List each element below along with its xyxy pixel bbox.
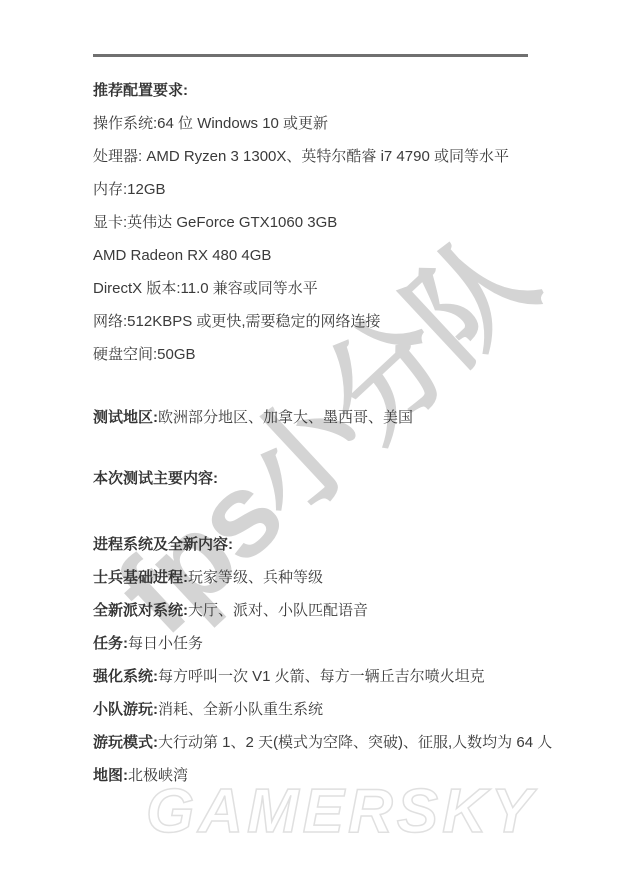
recommended-config-heading-label: 推荐配置要求:	[93, 82, 188, 99]
document-page: fps小分队 GAMERSKY 推荐配置要求:操作系统:64 位 Windows…	[0, 0, 620, 876]
ram-line: 内存:12GB	[93, 173, 543, 206]
game-modes-line: 游玩模式:大行动第 1、2 天(模式为空降、突破)、征服,人数均为 64 人	[93, 726, 543, 759]
party-system-line-label: 全新派对系统:	[93, 602, 188, 619]
recommended-config-heading: 推荐配置要求:	[93, 74, 543, 107]
squad-play-line-label: 小队游玩:	[93, 701, 158, 718]
test-content-heading: 本次测试主要内容:	[93, 462, 543, 495]
test-region-line: 测试地区:欧洲部分地区、加拿大、墨西哥、美国	[93, 401, 543, 434]
content-column: 推荐配置要求:操作系统:64 位 Windows 10 或更新处理器: AMD …	[93, 74, 543, 792]
squad-play-line: 小队游玩:消耗、全新小队重生系统	[93, 693, 543, 726]
soldier-progression-line: 士兵基础进程:玩家等级、兵种等级	[93, 561, 543, 594]
reinforcement-line: 强化系统:每方呼叫一次 V1 火箭、每方一辆丘吉尔喷火坦克	[93, 660, 543, 693]
progression-heading-label: 进程系统及全新内容:	[93, 536, 233, 553]
directx-line: DirectX 版本:11.0 兼容或同等水平	[93, 272, 543, 305]
network-line: 网络:512KBPS 或更快,需要稳定的网络连接	[93, 305, 543, 338]
test-region-line-label: 测试地区:	[93, 409, 158, 426]
map-line-label: 地图:	[93, 767, 128, 784]
cpu-line: 处理器: AMD Ryzen 3 1300X、英特尔酷睿 i7 4790 或同等…	[93, 140, 543, 173]
test-content-heading-label: 本次测试主要内容:	[93, 470, 218, 487]
reinforcement-line-label: 强化系统:	[93, 668, 158, 685]
os-line: 操作系统:64 位 Windows 10 或更新	[93, 107, 543, 140]
horizontal-divider	[93, 54, 528, 57]
disk-line: 硬盘空间:50GB	[93, 338, 543, 371]
progression-heading: 进程系统及全新内容:	[93, 528, 543, 561]
soldier-progression-line-label: 士兵基础进程:	[93, 569, 188, 586]
missions-line-label: 任务:	[93, 635, 128, 652]
game-modes-line-label: 游玩模式:	[93, 734, 158, 751]
map-line: 地图:北极峡湾	[93, 759, 543, 792]
party-system-line: 全新派对系统:大厅、派对、小队匹配语音	[93, 594, 543, 627]
gpu-nvidia-line: 显卡:英伟达 GeForce GTX1060 3GB	[93, 206, 543, 239]
missions-line: 任务:每日小任务	[93, 627, 543, 660]
gpu-amd-line: AMD Radeon RX 480 4GB	[93, 239, 543, 272]
